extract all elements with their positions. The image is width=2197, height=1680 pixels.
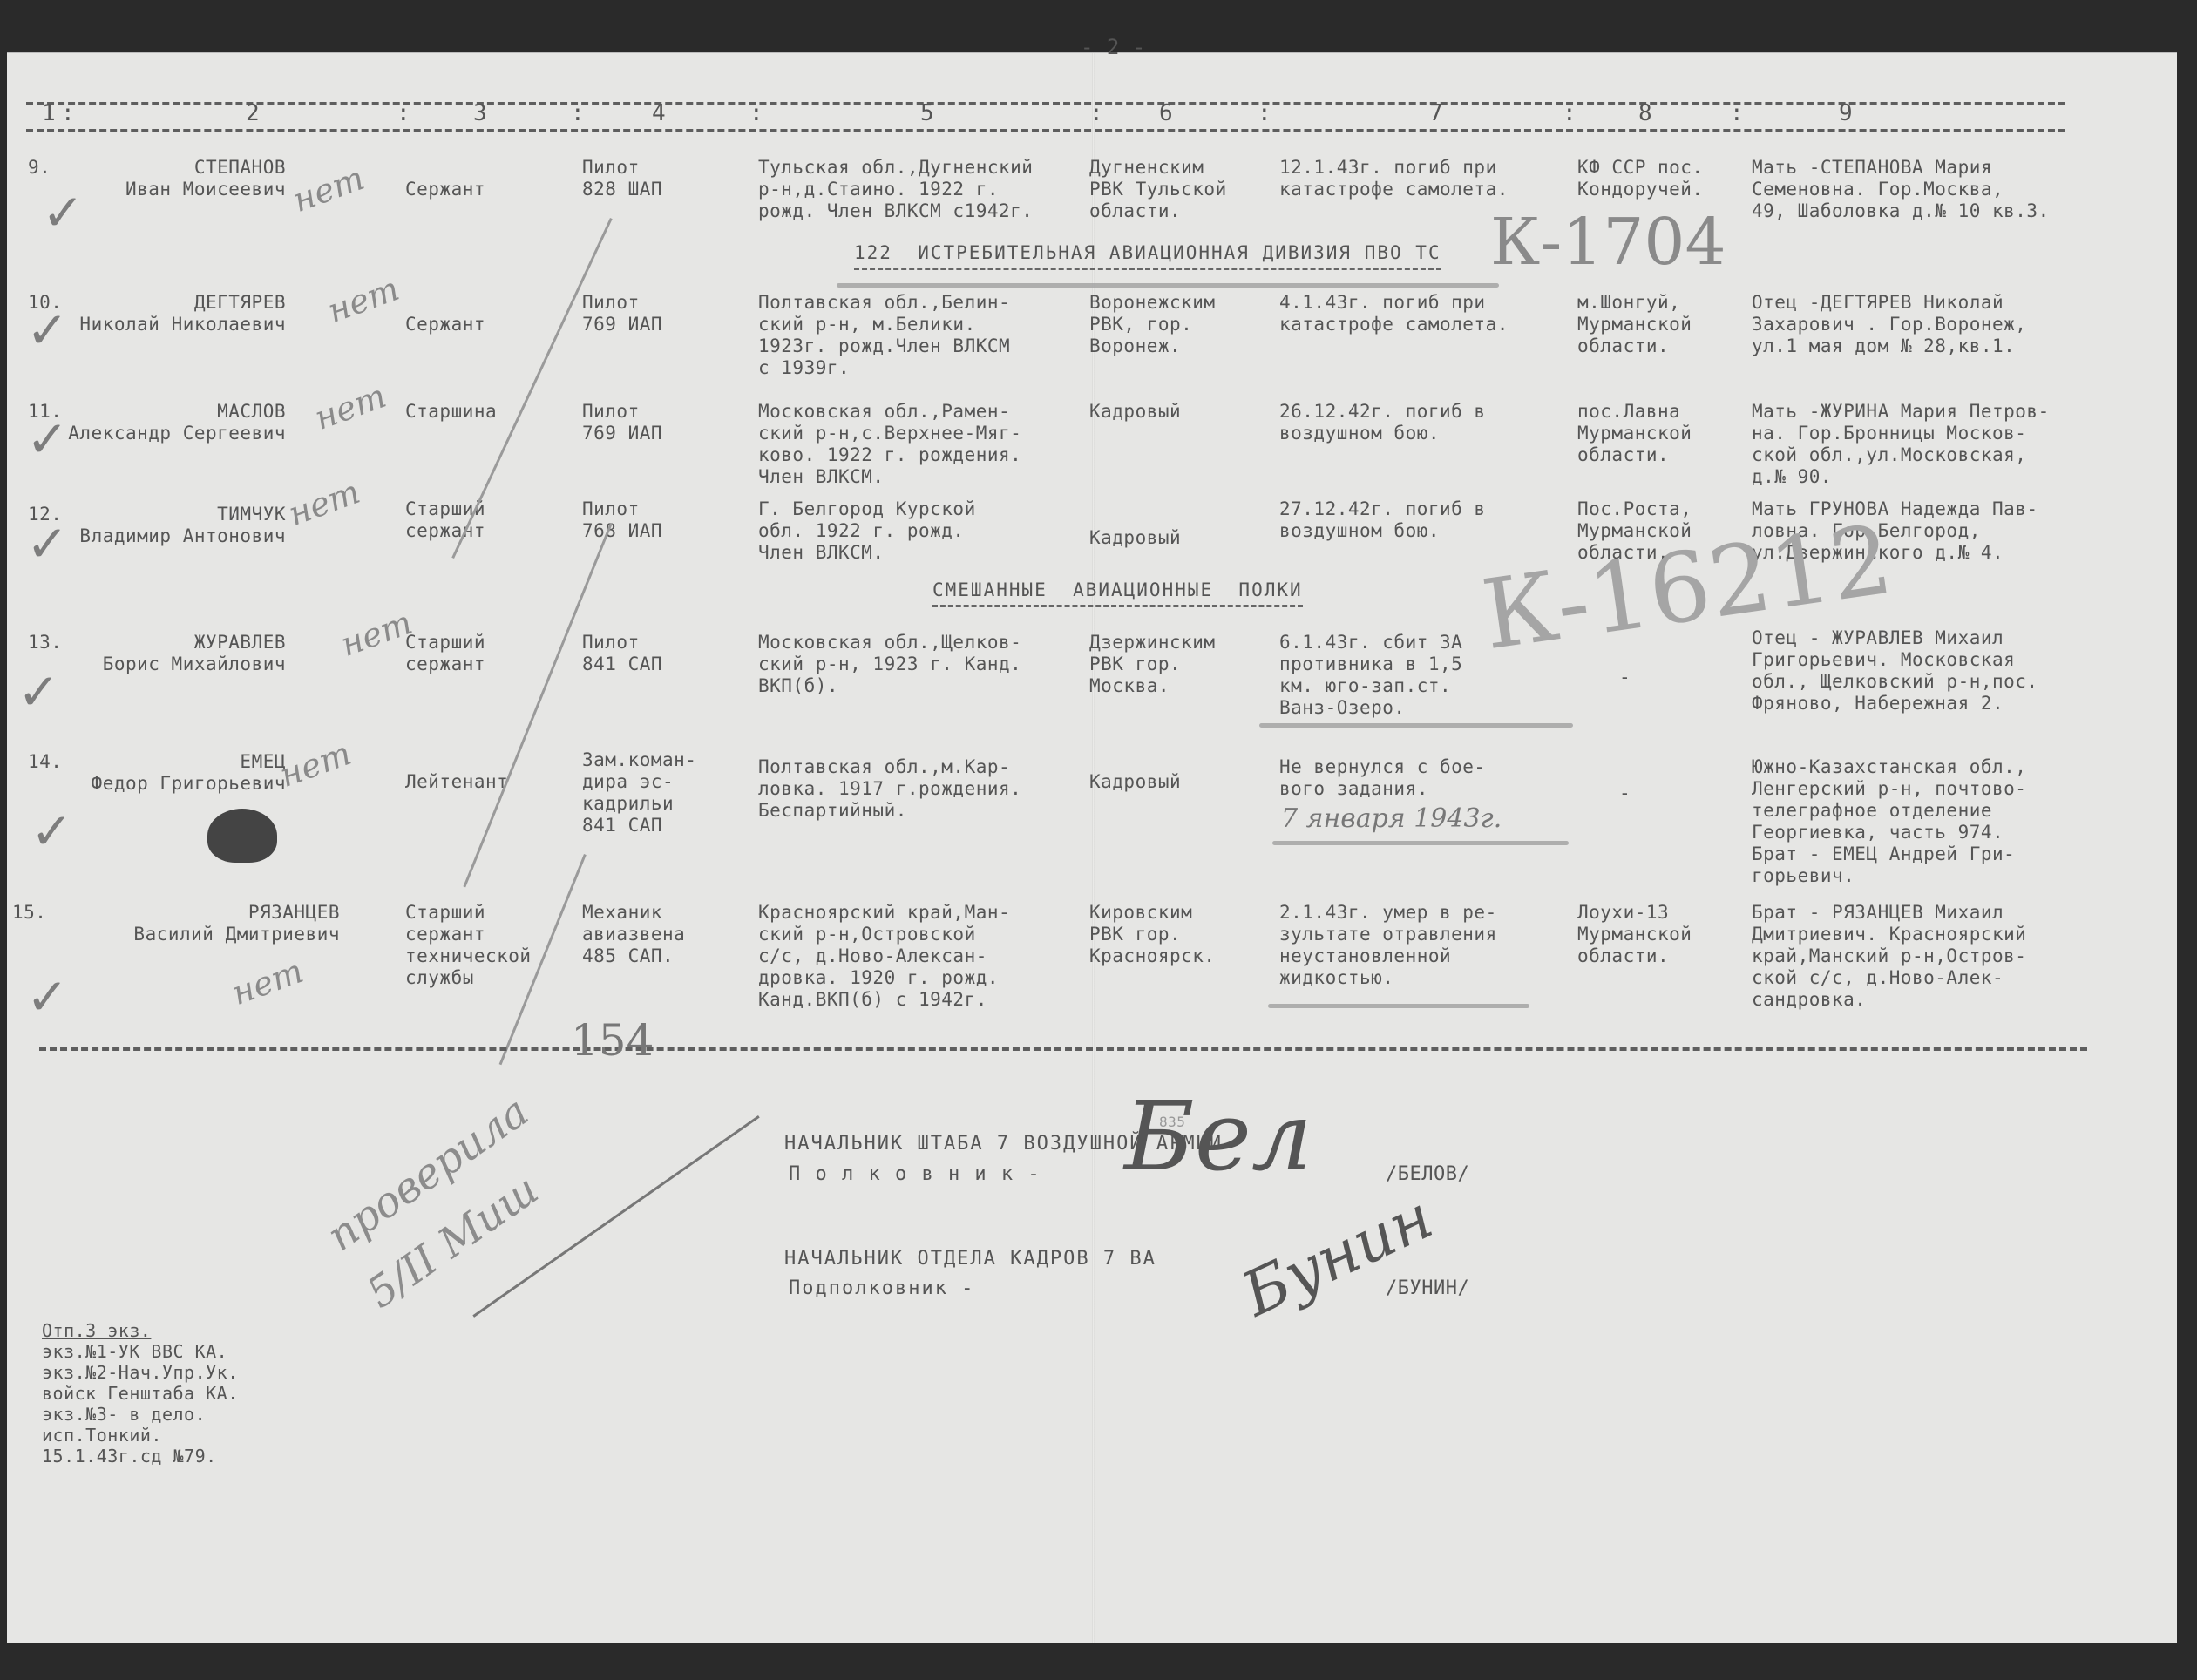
check-mark-icon: ✓ [31,802,73,861]
relatives: Отец - ЖУРАВЛЕВ Михаил Григорьевич. Моск… [1752,627,2038,715]
handwritten-count: 154 [571,1015,654,1066]
scan-background [0,1643,2197,1680]
distribution-line: Отп.3 экз. [42,1320,151,1341]
relatives: Мать -ЖУРИНА Мария Петров- на. Гор.Бронн… [1752,401,2050,488]
person-name: МАСЛОВ Александр Сергеевич [52,401,286,444]
rank: Сержант [405,314,485,335]
distribution-line: экз.№3- в дело. [42,1404,206,1425]
fate: 2.1.43г. умер в ре- зультате отравления … [1279,902,1497,989]
signer-title: НАЧАЛЬНИК ОТДЕЛА КАДРОВ 7 ВА [784,1248,1156,1270]
rank: Старший сержант [405,632,485,675]
check-mark-icon: ✓ [26,514,69,573]
drafted-by: Кадровый [1089,771,1181,793]
position: Пилот 841 САП [582,632,662,675]
col-num: 9 [1839,103,1853,125]
col-num: 1 [42,103,56,125]
signer-name: /БЕЛОВ/ [1386,1163,1469,1185]
drafted-by: Кадровый [1089,401,1181,423]
check-mark-icon: ✓ [26,410,69,469]
drafted-by: Дзержинским РВК гор. Москва. [1089,632,1216,697]
page-number: - 2 - [1081,37,1146,58]
section-heading: 122 ИСТРЕБИТЕЛЬНАЯ АВИАЦИОННАЯ ДИВИЗИЯ П… [854,242,1441,270]
bio: Московская обл.,Щелков- ский р-н, 1923 г… [758,632,1021,697]
relatives: Брат - РЯЗАНЦЕВ Михаил Дмитриевич. Красн… [1752,902,2026,1011]
rank: Старшина [405,401,497,423]
col-num: 8 [1638,103,1652,125]
pencil-underline [1259,723,1573,728]
bio: Московская обл.,Рамен- ский р-н,с.Верхне… [758,401,1021,488]
rank: Сержант [405,179,485,200]
col-num: 4 [652,103,666,125]
drafted-by: Кировским РВК гор. Красноярск. [1089,902,1216,967]
check-mark-icon: ✓ [26,967,69,1026]
person-name: СТЕПАНОВ Иван Моисеевич [94,157,286,200]
position: Механик авиазвена 485 САП. [582,902,685,967]
bio: Полтавская обл.,Белин- ский р-н, м.Белик… [758,292,1010,379]
relatives: Отец -ДЕГТЯРЕВ Николай Захарович . Гор.В… [1752,292,2026,357]
drafted-by: Дугненским РВК Тульской области. [1089,157,1227,222]
pencil-underline [837,283,1499,288]
col-num: 7 [1429,103,1443,125]
fate: 4.1.43г. погиб при катастрофе самолета. [1279,292,1509,335]
rank: Старший сержант технической службы [405,902,532,989]
person-name: ЖУРАВЛЕВ Борис Михайлович [52,632,286,675]
distribution-line: 15.1.43г.сд №79. [42,1446,217,1467]
fate: 6.1.43г. сбит ЗА противника в 1,5 км. юг… [1279,632,1462,719]
burial: м.Шонгуй, Мурманской области. [1577,292,1692,357]
person-name: РЯЗАНЦЕВ Василий Дмитриевич [52,902,340,945]
col-num: 5 [920,103,934,125]
fate: 26.12.42г. погиб в воздушном бою. [1279,401,1486,444]
position: Пилот 768 ИАП [582,498,662,542]
position: Пилот 769 ИАП [582,401,662,444]
distribution-line: экз.№2-Нач.Упр.Ук. [42,1362,239,1383]
handwritten-date: 7 января 1943г. [1281,803,1502,834]
bio: Тульская обл.,Дугненский р-н,д.Стаино. 1… [758,157,1033,222]
person-name: ТИМЧУК Владимир Антонович [52,504,286,547]
check-mark-icon: ✓ [42,183,85,242]
bio: Г. Белгород Курской обл. 1922 г. рожд. Ч… [758,498,976,564]
signature-belov: Бел [1124,1080,1312,1192]
col-num: 6 [1159,103,1173,125]
archive-number: К-1704 [1490,205,1726,280]
bio: Красноярский край,Ман- ский р-н,Островск… [758,902,1010,1011]
col-num: 2 [246,103,260,125]
rank: Старший сержант [405,498,485,542]
row-number: 9. [28,157,51,179]
signer-rank: П о л к о в н и к - [789,1163,1041,1185]
distribution-line: исп.Тонкий. [42,1425,162,1446]
drafted-by: Воронежским РВК, гор. Воронеж. [1089,292,1216,357]
burial: КФ ССР пос. Кондоручей. [1577,157,1704,200]
signer-name: /БУНИН/ [1386,1277,1469,1299]
bio: Полтавская обл.,м.Кар- ловка. 1917 г.рож… [758,756,1021,822]
burial: - [1619,782,1631,804]
burial: пос.Лавна Мурманской области. [1577,401,1692,466]
person-name: ДЕГТЯРЕВ Николай Николаевич [52,292,286,335]
fate: Не вернулся с бое- вого задания. [1279,756,1486,800]
position: Зам.коман- дира эс- кадрильи 841 САП [582,749,696,837]
distribution-line: экз.№1-УК ВВС КА. [42,1341,227,1362]
drafted-by: Кадровый [1089,527,1181,549]
pencil-underline [1268,1004,1529,1008]
section-heading: СМЕШАННЫЕ АВИАЦИОННЫЕ ПОЛКИ [932,579,1303,607]
check-mark-icon: ✓ [26,301,69,360]
person-name: ЕМЕЦ Федор Григорьевич [52,751,286,795]
check-mark-icon: ✓ [17,662,60,721]
fate: 12.1.43г. погиб при катастрофе самолета. [1279,157,1509,200]
burial: Лоухи-13 Мурманской области. [1577,902,1692,967]
header-rule-bottom [26,129,2065,132]
distribution-line: войск Генштаба КА. [42,1383,239,1404]
row-number: 15. [12,902,46,924]
col-num: 3 [473,103,487,125]
header-rule-top [26,102,2065,105]
fate: 27.12.42г. погиб в воздушном бою. [1279,498,1486,542]
signer-rank: Подполковник - [789,1277,974,1299]
relatives: Южно-Казахстанская обл., Ленгерский р-н,… [1752,756,2026,887]
footer-rule [39,1047,2087,1051]
pencil-underline [1272,841,1569,845]
ink-blot [207,809,277,863]
position: Пилот 828 ШАП [582,157,662,200]
relatives: Мать -СТЕПАНОВА Мария Семеновна. Гор.Мос… [1752,157,2050,222]
rank: Лейтенант [405,771,508,793]
position: Пилот 769 ИАП [582,292,662,335]
burial: - [1619,667,1631,688]
